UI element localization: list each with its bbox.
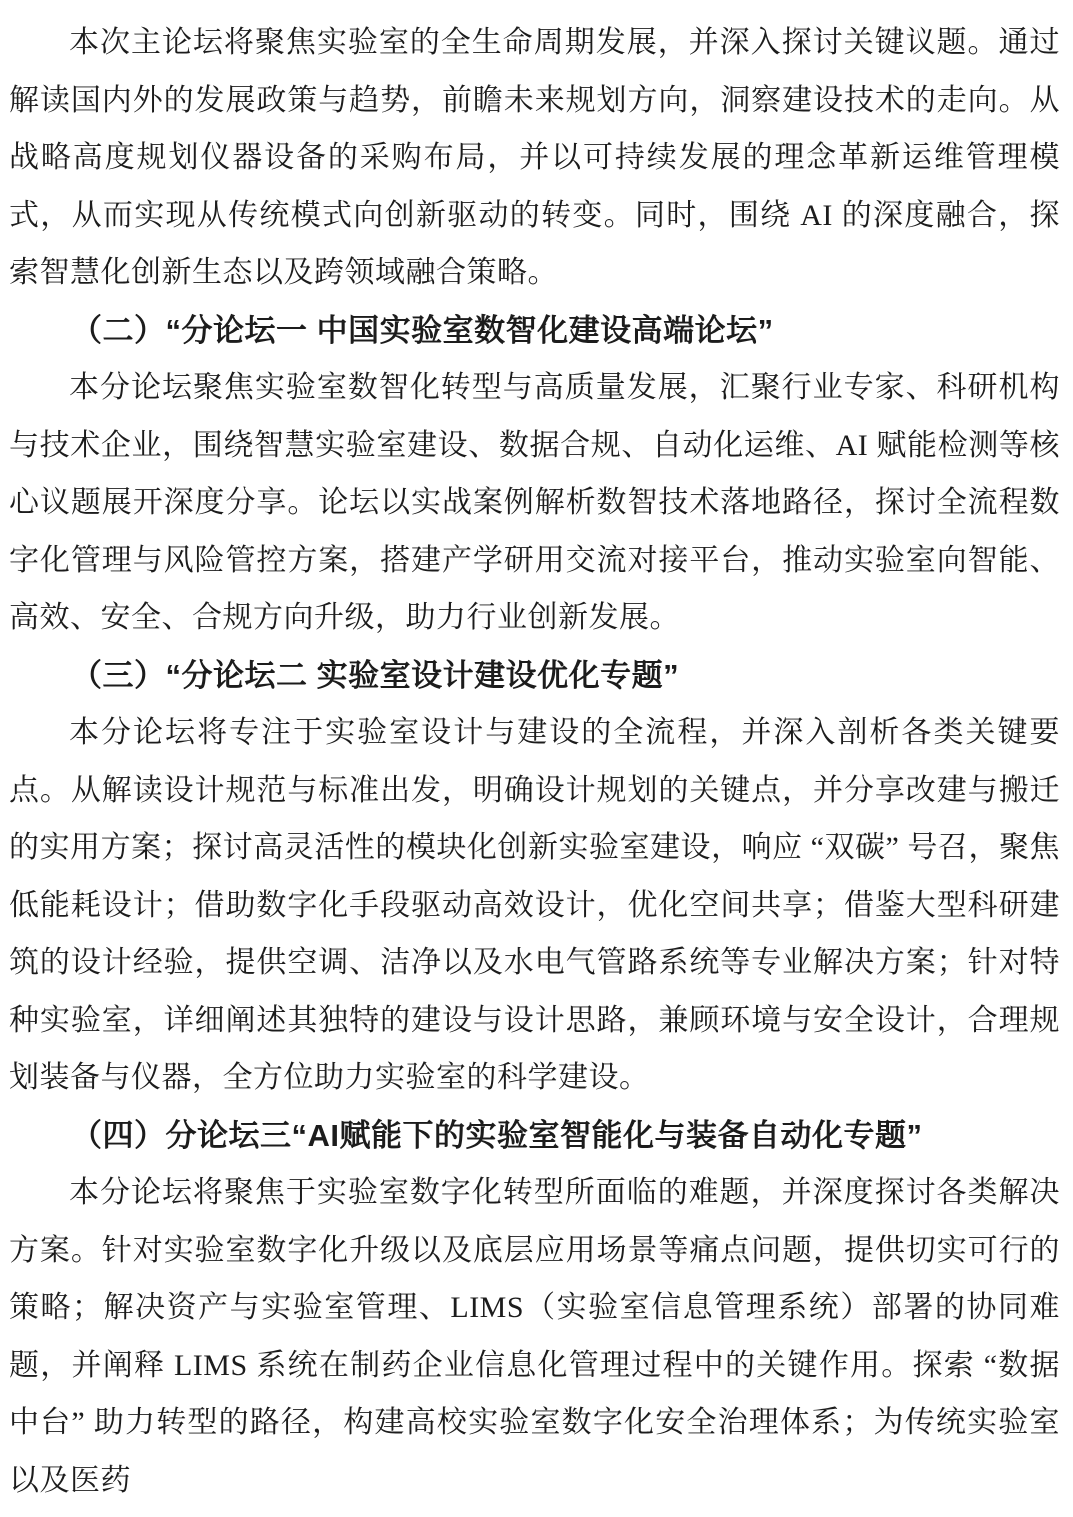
paragraph-subforum-1-description: 本分论坛聚焦实验室数智化转型与高质量发展，汇聚行业专家、科研机构与技术企业，围绕… bbox=[9, 359, 1060, 647]
paragraph-subforum-2-description: 本分论坛将专注于实验室设计与建设的全流程，并深入剖析各类关键要点。从解读设计规范… bbox=[9, 704, 1060, 1107]
heading-subforum-1: （二）“分论坛一 中国实验室数智化建设高端论坛” bbox=[9, 302, 1060, 360]
heading-subforum-2: （三）“分论坛二 实验室设计建设优化专题” bbox=[9, 647, 1060, 705]
document-page: 本次主论坛将聚焦实验室的全生命周期发展，并深入探讨关键议题。通过解读国内外的发展… bbox=[0, 0, 1073, 1517]
paragraph-subforum-3-description: 本分论坛将聚焦于实验室数字化转型所面临的难题，并深度探讨各类解决方案。针对实验室… bbox=[9, 1164, 1060, 1509]
heading-subforum-3: （四）分论坛三“AI赋能下的实验室智能化与装备自动化专题” bbox=[9, 1107, 1060, 1165]
paragraph-main-forum-overview: 本次主论坛将聚焦实验室的全生命周期发展，并深入探讨关键议题。通过解读国内外的发展… bbox=[9, 14, 1060, 302]
